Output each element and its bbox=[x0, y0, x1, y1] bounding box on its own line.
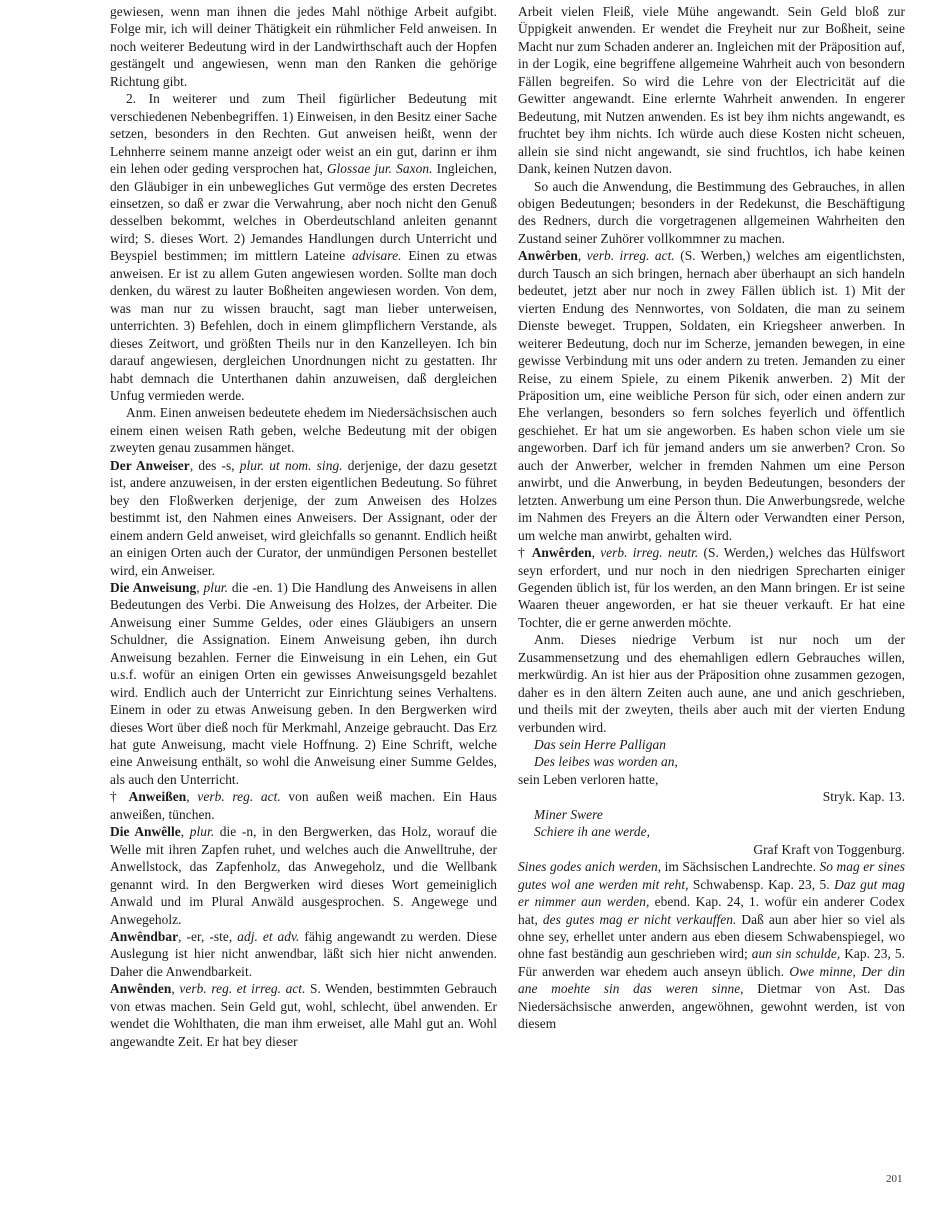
grammar-label: adj. et adv. bbox=[237, 929, 299, 944]
entry-anweissen: † Anweißen, verb. reg. act. von außen we… bbox=[110, 788, 497, 823]
dagger-mark: † bbox=[518, 545, 532, 560]
headword: Die Anwêlle bbox=[110, 824, 181, 839]
headword: Anwêrben bbox=[518, 248, 578, 263]
grammar-label: verb. reg. act. bbox=[197, 789, 280, 804]
quote-source: Graf Kraft von Toggenburg. bbox=[518, 841, 905, 858]
paragraph-continuation: gewiesen, wenn man ihnen die jedes Mahl … bbox=[110, 3, 497, 90]
citation-glossae: Glossae jur. Saxon. bbox=[327, 161, 433, 176]
headword: Die Anweisung bbox=[110, 580, 196, 595]
verse-line: Des leibes was worden an, bbox=[518, 753, 905, 770]
grammar-label: plur. bbox=[190, 824, 214, 839]
grammar-label: verb. irreg. neutr. bbox=[600, 545, 698, 560]
entry-anwerden: † Anwêrden, verb. irreg. neutr. (S. Werd… bbox=[518, 544, 905, 631]
entry-die-anweisung: Die Anweisung, plur. die -en. 1) Die Han… bbox=[110, 579, 497, 788]
grammar-label: plur. bbox=[204, 580, 228, 595]
right-column: Arbeit vielen Fleiß, viele Mühe angewand… bbox=[518, 3, 905, 1033]
headword: Anwênden bbox=[110, 981, 171, 996]
latin-term: advisare. bbox=[352, 248, 401, 263]
paragraph-anwendung: So auch die Anwendung, die Bestimmung de… bbox=[518, 178, 905, 248]
verse-line: Miner Swere bbox=[518, 806, 905, 823]
headword: Anwêndbar bbox=[110, 929, 178, 944]
entry-anwendbar: Anwêndbar, -er, -ste, adj. et adv. fähig… bbox=[110, 928, 497, 980]
headword: Anweißen bbox=[129, 789, 187, 804]
annotation-paragraph: Anm. Dieses niedrige Verbum ist nur noch… bbox=[518, 631, 905, 736]
grammar-label: verb. irreg. act. bbox=[587, 248, 675, 263]
headword: Der Anweiser bbox=[110, 458, 190, 473]
dictionary-page: gewiesen, wenn man ihnen die jedes Mahl … bbox=[0, 0, 935, 1210]
dagger-mark: † bbox=[110, 789, 129, 804]
quote-source: Stryk. Kap. 13. bbox=[518, 788, 905, 805]
citations-paragraph: Sines godes anich werden, im Sächsischen… bbox=[518, 858, 905, 1033]
entry-anwerben: Anwêrben, verb. irreg. act. (S. Werben,)… bbox=[518, 247, 905, 544]
paragraph-anwenden-continued: Arbeit vielen Fleiß, viele Mühe angewand… bbox=[518, 3, 905, 178]
verse-line: Das sein Herre Palligan bbox=[518, 736, 905, 753]
headword: Anwêrden bbox=[532, 545, 592, 560]
entry-die-anwelle: Die Anwêlle, plur. die -n, in den Bergwe… bbox=[110, 823, 497, 928]
grammar-label: plur. ut nom. sing. bbox=[240, 458, 343, 473]
grammar-label: verb. reg. et irreg. act. bbox=[179, 981, 305, 996]
entry-der-anweiser: Der Anweiser, des -s, plur. ut nom. sing… bbox=[110, 457, 497, 579]
verse-gloss: sein Leben verloren hatte, bbox=[518, 771, 905, 788]
annotation-paragraph: Anm. Einen anweisen bedeutete ehedem im … bbox=[110, 404, 497, 456]
verse-line: Schiere ih ane werde, bbox=[518, 823, 905, 840]
page-number: 201 bbox=[886, 1173, 903, 1185]
left-column: gewiesen, wenn man ihnen die jedes Mahl … bbox=[110, 3, 497, 1050]
entry-anwenden: Anwênden, verb. reg. et irreg. act. S. W… bbox=[110, 980, 497, 1050]
paragraph-sense-2: 2. In weiterer und zum Theil figürlicher… bbox=[110, 90, 497, 404]
